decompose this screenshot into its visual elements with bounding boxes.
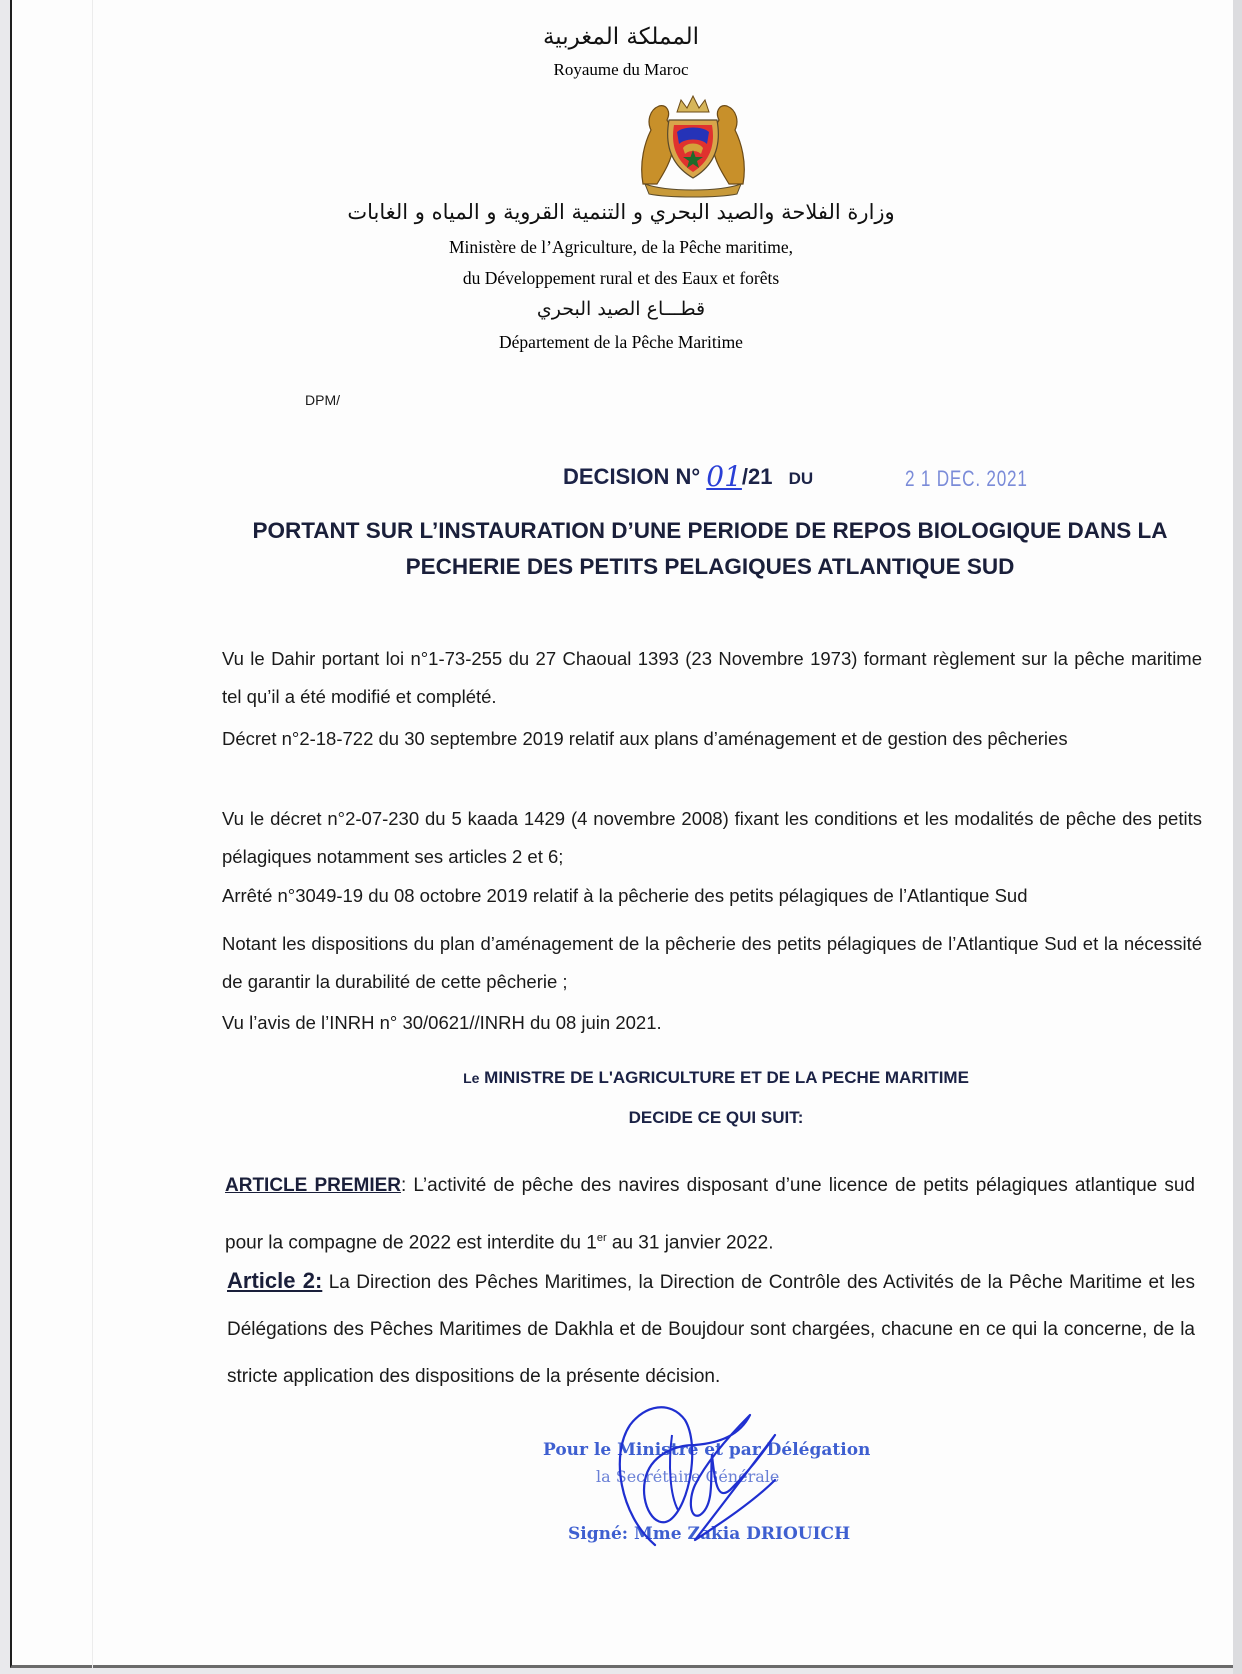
decision-prefix: DECISION N° xyxy=(563,464,700,489)
consideration-5: Notant les dispositions du plan d’aménag… xyxy=(222,925,1202,1001)
article-premier-label: ARTICLE PREMIER xyxy=(225,1175,401,1196)
article-2-text: La Direction des Pêches Maritimes, la Di… xyxy=(227,1272,1195,1387)
article-2: Article 2: La Direction des Pêches Marit… xyxy=(227,1257,1195,1400)
decision-title: PORTANT SUR L’INSTAURATION D’UNE PERIODE… xyxy=(210,513,1210,585)
ministry-title-line2: du Développement rural et des Eaux et fo… xyxy=(0,268,1242,289)
consideration-4: Arrêté n°3049-19 du 08 octobre 2019 rela… xyxy=(222,877,1202,915)
minister-heading-le: Le xyxy=(463,1070,479,1086)
consideration-1: Vu le Dahir portant loi n°1-73-255 du 27… xyxy=(222,640,1202,716)
consideration-3: Vu le décret n°2-07-230 du 5 kaada 1429 … xyxy=(222,800,1202,876)
department-title: Département de la Pêche Maritime xyxy=(0,332,1242,353)
decides-heading: DECIDE CE QUI SUIT: xyxy=(0,1108,1242,1128)
article-premier-sup: er xyxy=(597,1232,607,1244)
minister-heading-text: MINISTRE DE L'AGRICULTURE ET DE LA PECHE… xyxy=(484,1068,969,1087)
decision-du: DU xyxy=(789,469,814,488)
article-2-label: Article 2: xyxy=(227,1268,322,1293)
decision-year-suffix: /21 xyxy=(742,464,773,489)
consideration-6: Vu l’avis de l’INRH n° 30/0621//INRH du … xyxy=(222,1004,1202,1042)
coat-of-arms-icon xyxy=(637,92,749,198)
decision-number-line: DECISION N° 01/21 DU xyxy=(563,458,813,491)
reference-code: DPM/ xyxy=(305,392,340,408)
arabic-ministry-title: وزارة الفلاحة والصيد البحري و التنمية ال… xyxy=(0,200,1242,224)
consideration-2: Décret n°2-18-722 du 30 septembre 2019 r… xyxy=(222,720,1202,758)
arabic-department-title: قطـــاع الصيد البحري xyxy=(0,298,1242,320)
article-premier-text-end: au 31 janvier 2022. xyxy=(607,1232,774,1253)
ministry-title-line1: Ministère de l’Agriculture, de la Pêche … xyxy=(0,237,1242,258)
article-premier: ARTICLE PREMIER: L’activité de pêche des… xyxy=(225,1160,1195,1269)
arabic-kingdom-title: المملكة المغربية xyxy=(0,24,1242,50)
stamped-date: 2 1 DEC. 2021 xyxy=(905,466,1028,492)
handwritten-signature-icon xyxy=(600,1395,800,1555)
handwritten-decision-number: 01 xyxy=(706,460,742,493)
kingdom-title: Royaume du Maroc xyxy=(0,60,1242,80)
minister-heading: Le MINISTRE DE L'AGRICULTURE ET DE LA PE… xyxy=(0,1068,1242,1088)
